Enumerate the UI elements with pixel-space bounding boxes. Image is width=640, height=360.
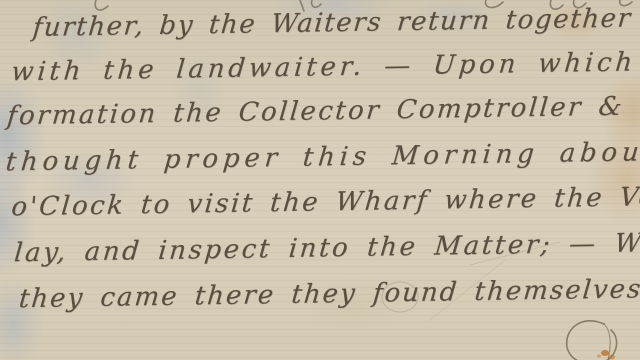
manuscript-line: with the landwaiter. — Upon which In- <box>10 48 640 85</box>
manuscript-text: further, by the Waiters return together … <box>0 0 640 360</box>
rust-spot <box>597 350 615 360</box>
manuscript-line: formation the Collector Comptroller & Su… <box>6 91 640 129</box>
manuscript-line: o'Clock to visit the Wharf where the Ves… <box>10 183 640 220</box>
manuscript-line: they came there they found themselves <box>18 276 640 312</box>
manuscript-line: further, by the Waiters return together <box>32 6 633 41</box>
manuscript-line: thought proper this Morning about nine <box>5 138 640 176</box>
manuscript-page: further, by the Waiters return together … <box>0 0 640 360</box>
manuscript-line: lay, and inspect into the Matter; — When <box>13 229 640 266</box>
